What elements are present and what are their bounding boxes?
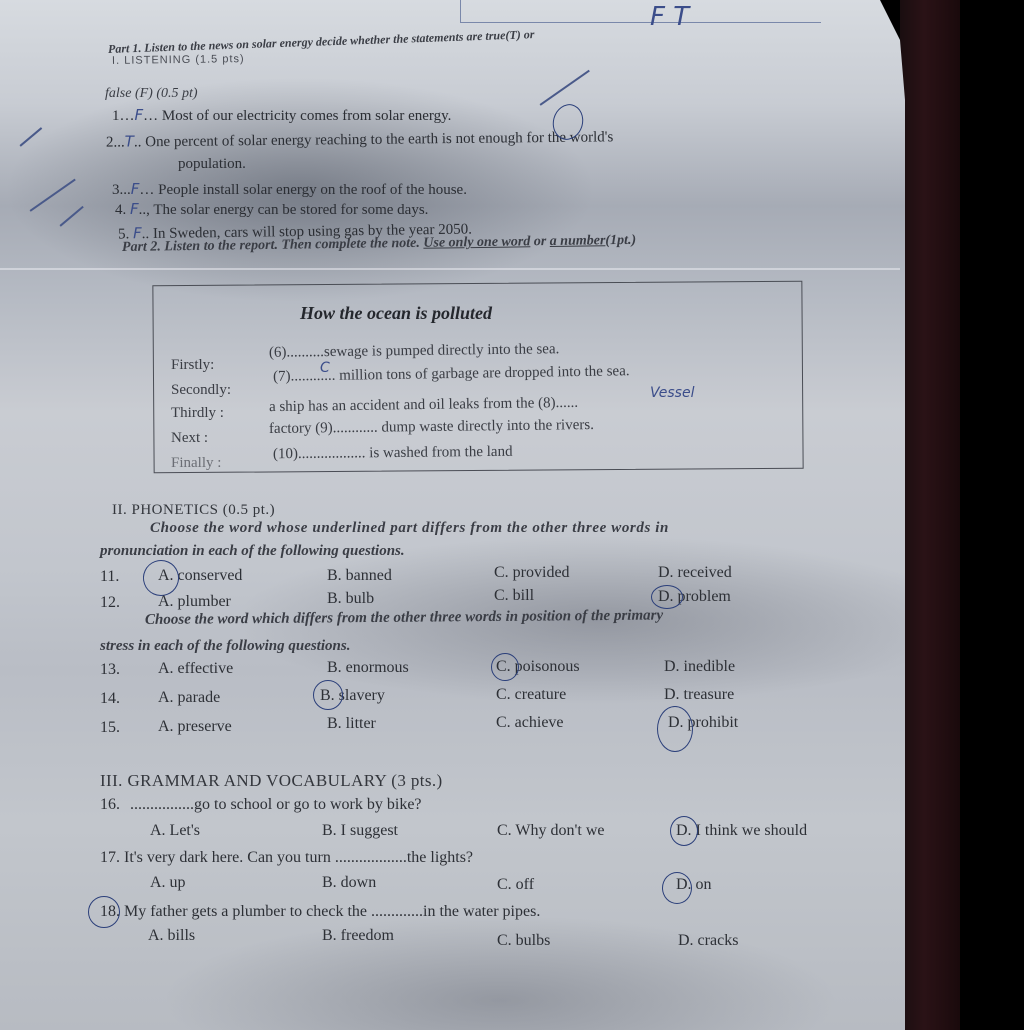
note-label-3: Thirdly : xyxy=(171,405,224,422)
option-b[interactable]: B. banned xyxy=(327,567,392,585)
note-text-10: (10).................. is washed from th… xyxy=(273,444,513,464)
option-b[interactable]: B. enormous xyxy=(327,659,409,677)
option-c[interactable]: C. bulbs xyxy=(497,932,550,950)
option-d[interactable]: D. inedible xyxy=(664,658,735,676)
note-handwritten-8: Vessel xyxy=(650,385,694,401)
question-number: 12. xyxy=(100,594,120,612)
question-number: 15. xyxy=(100,719,120,737)
option-b[interactable]: B. bulb xyxy=(327,590,374,608)
statement-1: 1…F… Most of our electricity comes from … xyxy=(112,106,451,125)
paper-fold xyxy=(0,268,900,270)
option-d[interactable]: D. received xyxy=(658,564,732,582)
note-text-6: (6)..........sewage is pumped directly i… xyxy=(269,341,560,362)
answer-4: F xyxy=(130,200,139,218)
question-number: 11. xyxy=(100,568,119,586)
option-a[interactable]: A. effective xyxy=(158,660,233,678)
note-label-5: Finally : xyxy=(171,455,221,472)
selected-answer-circle xyxy=(651,585,683,609)
question-number: 14. xyxy=(100,690,120,708)
question-number: 13. xyxy=(100,661,120,679)
question-stem: My father gets a plumber to check the ..… xyxy=(124,903,540,921)
question-stem: It's very dark here. Can you turn ......… xyxy=(124,849,473,867)
note-label-1: Firstly: xyxy=(171,357,214,374)
part1-instruction-cont: false (F) (0.5 pt) xyxy=(105,86,198,102)
option-c[interactable]: C. provided xyxy=(494,564,570,582)
statement-3: 3...F… People install solar energy on th… xyxy=(112,180,467,199)
statement-2-cont: population. xyxy=(178,156,246,173)
option-b[interactable]: B. litter xyxy=(327,715,376,733)
option-a[interactable]: A. plumber xyxy=(158,593,231,611)
question-number: 16. xyxy=(100,796,120,814)
selected-answer-circle xyxy=(657,706,693,752)
option-b[interactable]: B. down xyxy=(322,874,376,892)
answer-2: T xyxy=(125,132,134,150)
option-b[interactable]: B. freedom xyxy=(322,927,394,945)
circled-question-number xyxy=(88,896,120,928)
option-a[interactable]: A. preserve xyxy=(158,718,232,736)
selected-answer-circle xyxy=(662,872,692,904)
option-c[interactable]: C. bill xyxy=(494,587,534,605)
option-d[interactable]: D. cracks xyxy=(678,932,738,950)
note-label-2: Secondly: xyxy=(171,382,231,399)
background-edge xyxy=(900,0,960,1030)
answer-3: F xyxy=(131,180,140,198)
option-c[interactable]: C. off xyxy=(497,876,534,894)
option-a[interactable]: A. bills xyxy=(148,927,195,945)
statement-4: 4. F.., The solar energy can be stored f… xyxy=(115,200,428,219)
option-c[interactable]: C. achieve xyxy=(496,714,564,732)
selected-answer-circle xyxy=(313,680,343,710)
stress-instruction-cont: stress in each of the following question… xyxy=(100,638,350,655)
top-handwritten-sketch xyxy=(460,0,821,23)
note-handwritten-7: C xyxy=(320,360,330,376)
option-c[interactable]: C. creature xyxy=(496,686,566,704)
question-number: 17. xyxy=(100,849,120,867)
selected-answer-circle xyxy=(491,653,519,681)
option-b[interactable]: B. I suggest xyxy=(322,822,398,840)
top-handwriting: F T xyxy=(650,2,689,32)
question-stem: ................go to school or go to wo… xyxy=(130,796,422,814)
answer-1: F xyxy=(135,106,144,124)
phonetics-instruction-cont: pronunciation in each of the following q… xyxy=(100,543,405,560)
note-title: How the ocean is polluted xyxy=(300,303,492,324)
section2-heading: II. PHONETICS (0.5 pt.) xyxy=(112,502,275,519)
selected-answer-circle xyxy=(670,816,698,846)
phonetics-instruction: Choose the word whose underlined part di… xyxy=(150,520,669,537)
option-d[interactable]: D. treasure xyxy=(664,686,734,704)
note-label-4: Next : xyxy=(171,430,208,447)
option-a[interactable]: A. parade xyxy=(158,689,220,707)
option-a[interactable]: A. up xyxy=(150,874,186,892)
option-c[interactable]: C. Why don't we xyxy=(497,822,604,840)
section3-heading: III. GRAMMAR AND VOCABULARY (3 pts.) xyxy=(100,771,443,791)
option-a[interactable]: A. Let's xyxy=(150,822,200,840)
